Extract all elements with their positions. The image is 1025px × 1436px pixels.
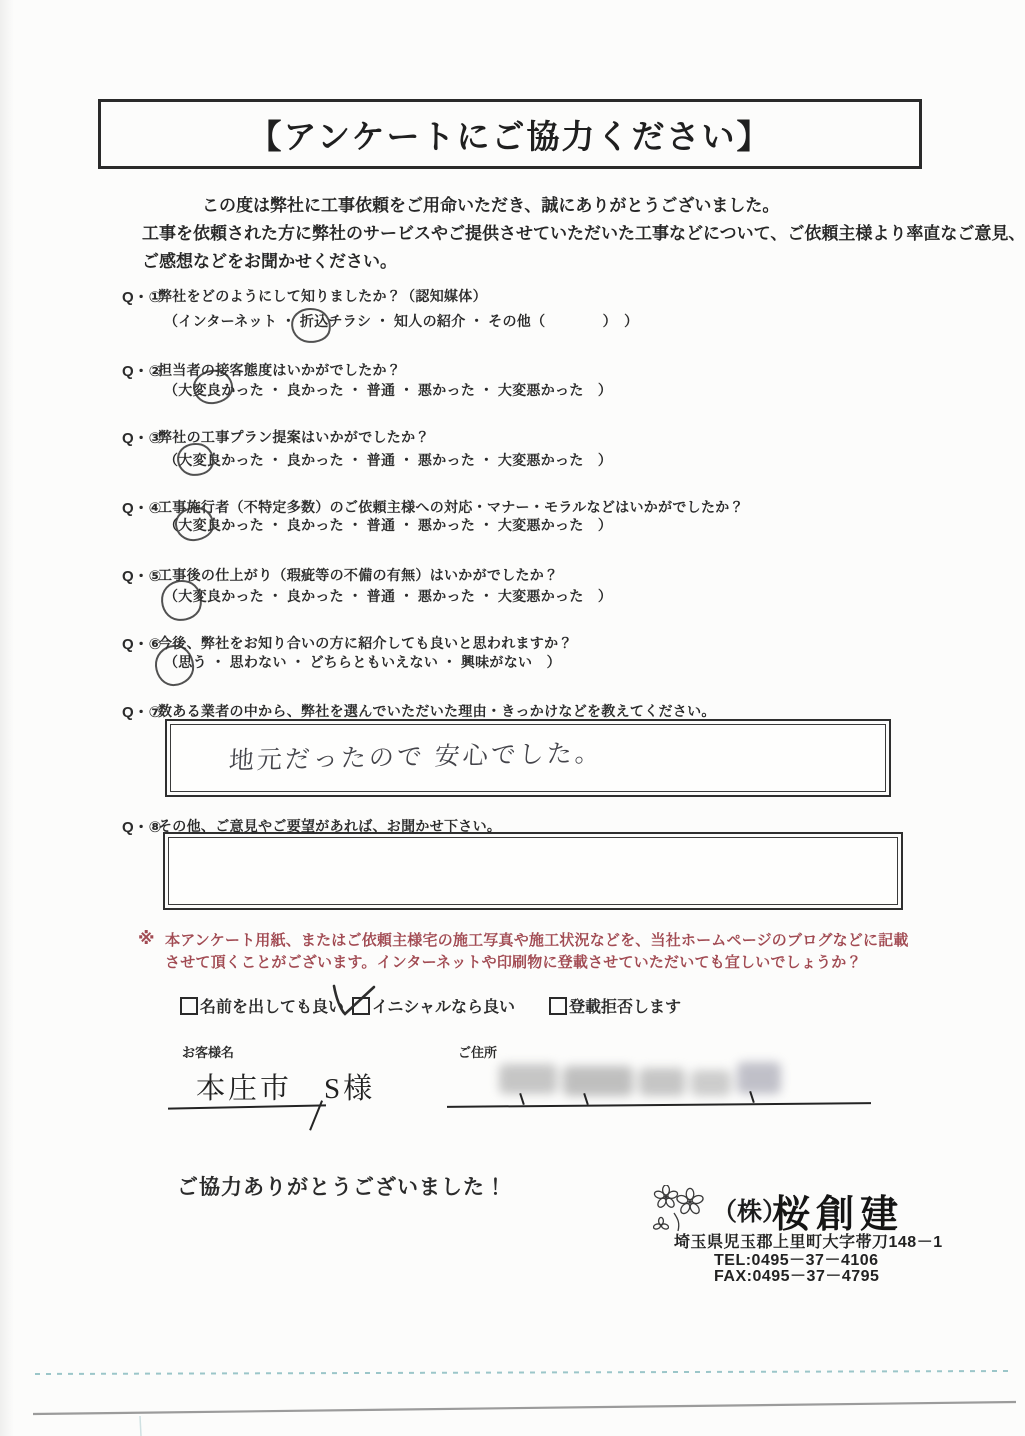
answer-box-q8	[163, 832, 903, 910]
company-fax: FAX:0495－37－4795	[714, 1263, 879, 1286]
question-6-label: Q・⑥	[122, 633, 161, 654]
title-box: 【アンケートにご協力ください】	[98, 99, 922, 169]
note-marker: ※	[138, 929, 155, 949]
question-8-label: Q・⑧	[122, 816, 161, 837]
intro-line-3: ご感想などをお聞かせください。	[142, 247, 397, 272]
address-redaction-blur	[497, 1056, 789, 1102]
question-4-label: Q・④	[122, 497, 161, 518]
handwritten-answer-q7: 地元だったので 安心でした。	[228, 733, 604, 777]
checkbox-name-ok-label: 名前を出しても良い	[200, 994, 344, 1017]
question-2-label: Q・②	[122, 360, 161, 381]
question-5-options: （大変良かった ・ 良かった ・ 普通 ・ 悪かった ・ 大変悪かった ）	[164, 586, 612, 606]
customer-name-value: 本庄市 S様	[196, 1066, 375, 1107]
address-underline	[447, 1102, 871, 1108]
note-line-2: させて頂くことがございます。インターネットや印刷物に登載させていただいても宜しい…	[165, 951, 862, 972]
scan-artifact-paper-edge	[33, 1402, 1016, 1414]
checkbox-name-ok	[180, 997, 198, 1015]
question-7-label: Q・⑦	[122, 701, 161, 722]
question-6-options: （思う ・ 思わない ・ どちらともいえない ・ 興味がない ）	[164, 652, 561, 672]
question-3-label: Q・③	[122, 427, 161, 448]
answer-box-q7: 地元だったので 安心でした。	[165, 719, 891, 797]
note-line-1: 本アンケート用紙、またはご依頼主様宅の施工写真や施工状況などを、当社ホームページ…	[165, 929, 909, 950]
name-underline	[168, 1104, 326, 1109]
answer-circle-q3	[176, 442, 215, 478]
scan-artifact-dotted-line	[35, 1371, 1012, 1374]
thanks-message: ご協力ありがとうございました！	[177, 1171, 507, 1201]
checkbox-refuse	[549, 997, 567, 1015]
question-7-text: 数ある業者の中から、弊社を選んでいただいた理由・きっかけなどを教えてください。	[158, 701, 716, 721]
scan-artifact-vertical-mark	[140, 1416, 141, 1436]
answer-circle-q4	[174, 506, 215, 543]
question-2-text: 担当者の接客態度はいかがでしたか？	[158, 360, 401, 380]
page-title: 【アンケートにご協力ください】	[248, 111, 771, 158]
question-4-options: （大変良かった ・ 良かった ・ 普通 ・ 悪かった ・ 大変悪かった ）	[164, 515, 612, 535]
customer-name-label: お客様名	[182, 1042, 234, 1061]
intro-line-2: 工事を依頼された方に弊社のサービスやご提供させていただいた工事などについて、ご依…	[142, 219, 1025, 244]
scanned-survey-page: 【アンケートにご協力ください】 この度は弊社に工事依頼をご用命いただき、誠にあり…	[0, 0, 1025, 1436]
question-3-options: （大変良かった ・ 良かった ・ 普通 ・ 悪かった ・ 大変悪かった ）	[164, 450, 612, 470]
question-4-text: 工事施行者（不特定多数）のご依頼主様への対応・マナー・モラルなどはいかがでしたか…	[158, 497, 744, 517]
checkbox-refuse-label: 登載拒否します	[569, 994, 681, 1017]
question-1-label: Q・①	[122, 286, 161, 307]
question-1-text: 弊社をどのようにして知りましたか？（認知媒体）	[158, 286, 487, 306]
question-5-label: Q・⑤	[122, 565, 161, 586]
question-6-text: 今後、弊社をお知り合いの方に紹介しても良いと思われますか？	[158, 633, 573, 653]
scan-artifact-lines	[0, 1360, 1025, 1436]
intro-line-1: この度は弊社に工事依頼をご用命いただき、誠にありがとうございました。	[202, 191, 779, 216]
checkbox-initial-ok-label: イニシャルなら良い	[372, 994, 515, 1017]
question-1-options: （インターネット ・ 折込チラシ ・ 知人の紹介 ・ その他（ ） ）	[164, 311, 638, 331]
question-5-text: 工事後の仕上がり（瑕疵等の不備の有無）はいかがでしたか？	[158, 565, 558, 585]
checkmark-annotation	[330, 983, 380, 1021]
address-label: ご住所	[458, 1042, 497, 1061]
